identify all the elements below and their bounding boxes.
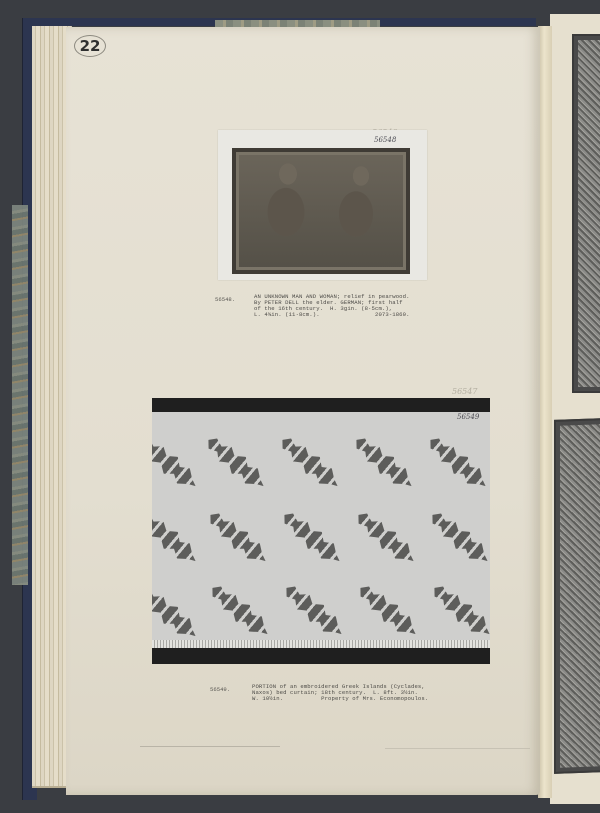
caption-line: W. 10½in. Property of Mrs. Economopoulos… [252, 696, 428, 702]
mount-annotation: 56547 [452, 387, 477, 396]
facing-page-photo-bottom [554, 418, 600, 774]
caption-line: L. 4⅝in. (11·8cm.). 2073-1860. [254, 312, 410, 318]
photo-mount-relief: 56548 [218, 130, 427, 280]
photo-annotation: 56548 [374, 136, 396, 144]
facing-page-photo-top [572, 34, 600, 393]
museum-number: 56548. [215, 296, 235, 303]
pencil-mark [385, 748, 530, 749]
textile-body: 56549 [152, 412, 490, 648]
pencil-mark [140, 746, 280, 747]
marbled-endpaper-left [12, 205, 28, 585]
textile-fringe [152, 640, 490, 648]
museum-number: 56549. [210, 686, 230, 693]
relief-photograph[interactable] [232, 148, 410, 274]
book-gutter [538, 26, 552, 798]
facing-page [550, 14, 600, 804]
photo-annotation: 56549 [457, 413, 479, 421]
textile-photograph[interactable]: 56549 [152, 398, 490, 664]
page-number-badge: 22 [74, 35, 106, 57]
